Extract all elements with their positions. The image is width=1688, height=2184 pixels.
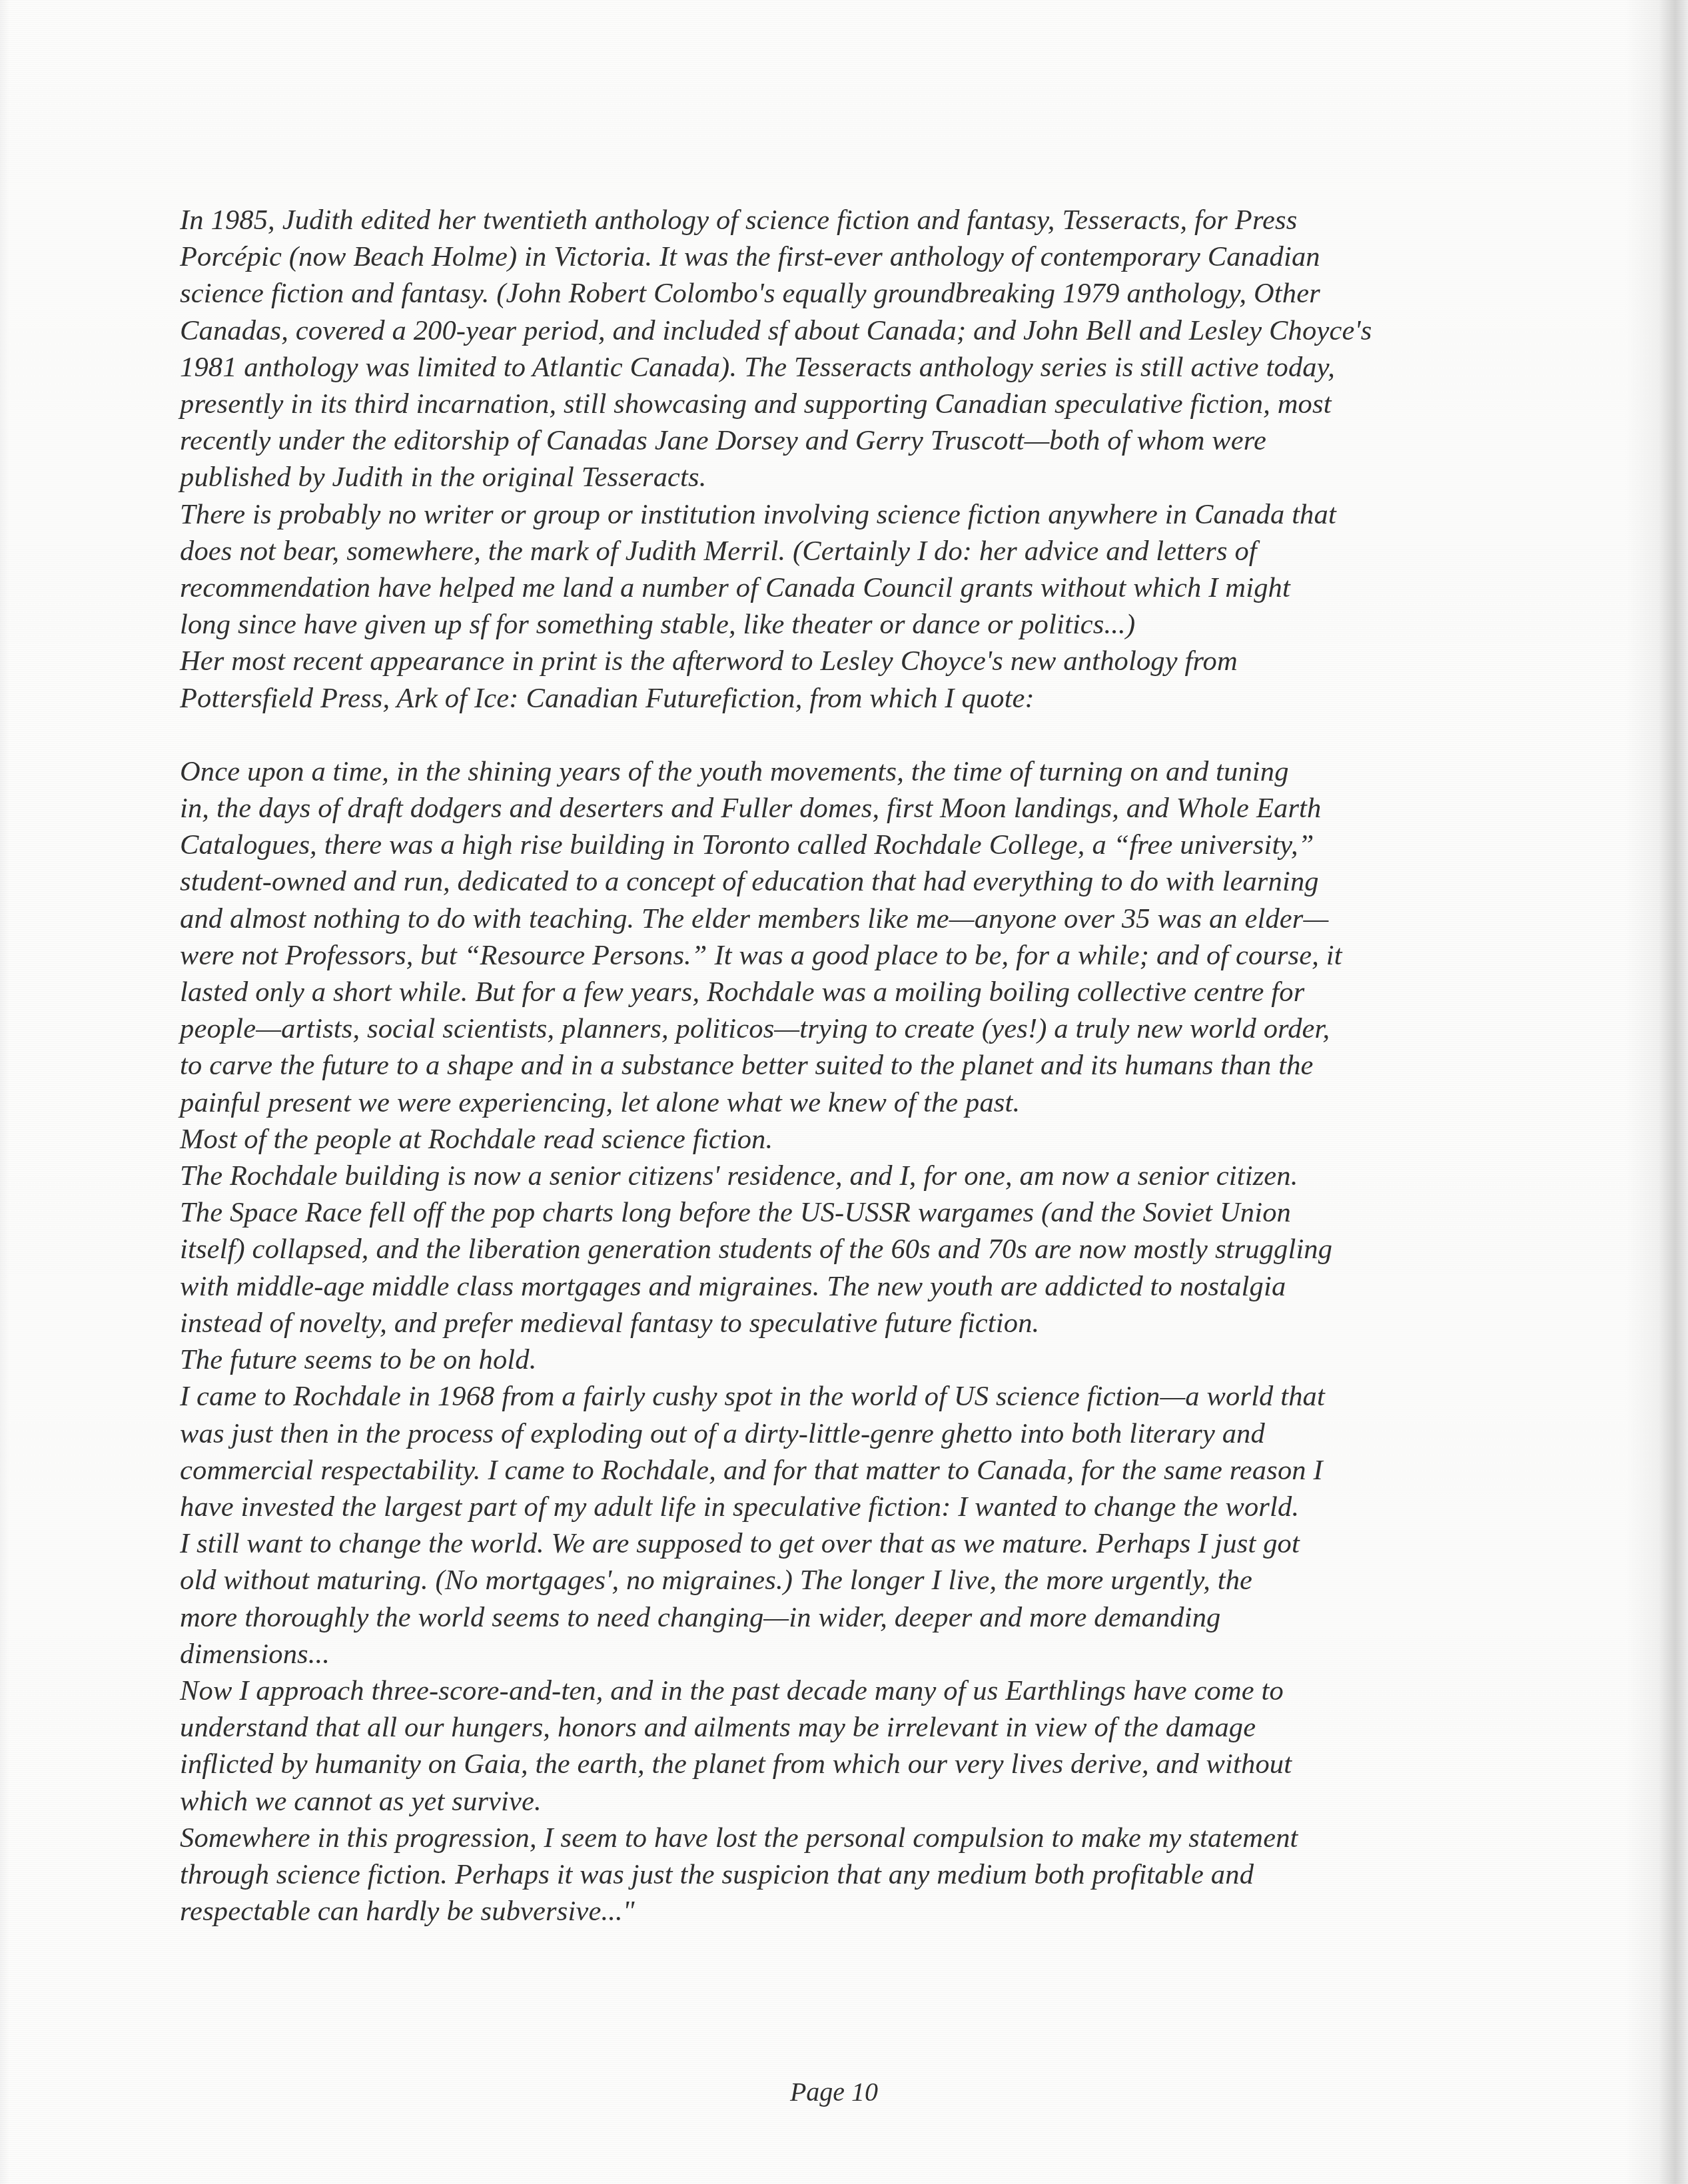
paragraph-spacer [180, 717, 1442, 753]
text-line: In 1985, Judith edited her twentieth ant… [180, 202, 1442, 238]
text-line: Canadas, covered a 200-year period, and … [180, 312, 1442, 349]
text-line: painful present we were experiencing, le… [180, 1084, 1442, 1121]
text-line: Somewhere in this progression, I seem to… [180, 1820, 1442, 1856]
text-line: Pottersfield Press, Ark of Ice: Canadian… [180, 680, 1442, 717]
text-line: recommendation have helped me land a num… [180, 569, 1442, 606]
text-line: Once upon a time, in the shining years o… [180, 753, 1442, 790]
text-line: science fiction and fantasy. (John Rober… [180, 275, 1442, 312]
text-line: presently in its third incarnation, stil… [180, 386, 1442, 422]
text-line: There is probably no writer or group or … [180, 496, 1442, 533]
text-line: recently under the editorship of Canadas… [180, 422, 1442, 459]
text-line: to carve the future to a shape and in a … [180, 1047, 1442, 1084]
text-line: old without maturing. (No mortgages', no… [180, 1562, 1442, 1599]
text-line: long since have given up sf for somethin… [180, 606, 1442, 643]
quote-paragraph: The Space Race fell off the pop charts l… [180, 1194, 1442, 1341]
text-line: people—artists, social scientists, plann… [180, 1010, 1442, 1047]
text-line: which we cannot as yet survive. [180, 1783, 1442, 1820]
paragraph-afterword-intro: Her most recent appearance in print is t… [180, 643, 1442, 716]
text-line: through science fiction. Perhaps it was … [180, 1856, 1442, 1893]
text-line: Her most recent appearance in print is t… [180, 643, 1442, 679]
page-number-label: Page 10 [790, 2077, 878, 2107]
text-line: itself) collapsed, and the liberation ge… [180, 1231, 1442, 1268]
text-line: Porcépic (now Beach Holme) in Victoria. … [180, 238, 1442, 275]
text-line: understand that all our hungers, honors … [180, 1709, 1442, 1746]
paragraph-tesseracts: In 1985, Judith edited her twentieth ant… [180, 202, 1442, 496]
text-line: was just then in the process of explodin… [180, 1415, 1442, 1452]
quote-paragraph: Now I approach three-score-and-ten, and … [180, 1672, 1442, 1820]
body-text: In 1985, Judith edited her twentieth ant… [180, 202, 1442, 1930]
text-line: Catalogues, there was a high rise buildi… [180, 827, 1442, 863]
text-line: respectable can hardly be subversive..." [180, 1893, 1442, 1930]
text-line: and almost nothing to do with teaching. … [180, 901, 1442, 937]
text-line: were not Professors, but “Resource Perso… [180, 937, 1442, 974]
text-line: student-owned and run, dedicated to a co… [180, 863, 1442, 900]
text-line: The future seems to be on hold. [180, 1341, 1442, 1378]
quote-paragraph: The Rochdale building is now a senior ci… [180, 1158, 1442, 1194]
quote-paragraph: Once upon a time, in the shining years o… [180, 753, 1442, 1121]
text-line: dimensions... [180, 1636, 1442, 1672]
page-number: Page 10 [0, 2076, 1688, 2107]
text-line: Most of the people at Rochdale read scie… [180, 1121, 1442, 1158]
quote-paragraph: Somewhere in this progression, I seem to… [180, 1820, 1442, 1930]
text-line: with middle-age middle class mortgages a… [180, 1268, 1442, 1305]
text-line: The Space Race fell off the pop charts l… [180, 1194, 1442, 1231]
text-line: Now I approach three-score-and-ten, and … [180, 1672, 1442, 1709]
quote-paragraph: The future seems to be on hold. [180, 1341, 1442, 1378]
text-line: inflicted by humanity on Gaia, the earth… [180, 1746, 1442, 1782]
text-line: The Rochdale building is now a senior ci… [180, 1158, 1442, 1194]
text-line: commercial respectability. I came to Roc… [180, 1452, 1442, 1489]
scanned-page: In 1985, Judith edited her twentieth ant… [0, 0, 1688, 2184]
block-quote: Once upon a time, in the shining years o… [180, 753, 1442, 1930]
text-line: lasted only a short while. But for a few… [180, 974, 1442, 1010]
text-line: 1981 anthology was limited to Atlantic C… [180, 349, 1442, 386]
text-line: more thoroughly the world seems to need … [180, 1599, 1442, 1636]
text-line: published by Judith in the original Tess… [180, 459, 1442, 496]
text-line: instead of novelty, and prefer medieval … [180, 1305, 1442, 1341]
quote-paragraph: Most of the people at Rochdale read scie… [180, 1121, 1442, 1158]
text-line: I came to Rochdale in 1968 from a fairly… [180, 1378, 1442, 1415]
quote-paragraph: I still want to change the world. We are… [180, 1525, 1442, 1672]
text-line: does not bear, somewhere, the mark of Ju… [180, 533, 1442, 569]
text-line: have invested the largest part of my adu… [180, 1489, 1442, 1525]
text-line: in, the days of draft dodgers and desert… [180, 790, 1442, 827]
quote-paragraph: I came to Rochdale in 1968 from a fairly… [180, 1378, 1442, 1525]
paragraph-influence: There is probably no writer or group or … [180, 496, 1442, 643]
text-line: I still want to change the world. We are… [180, 1525, 1442, 1562]
